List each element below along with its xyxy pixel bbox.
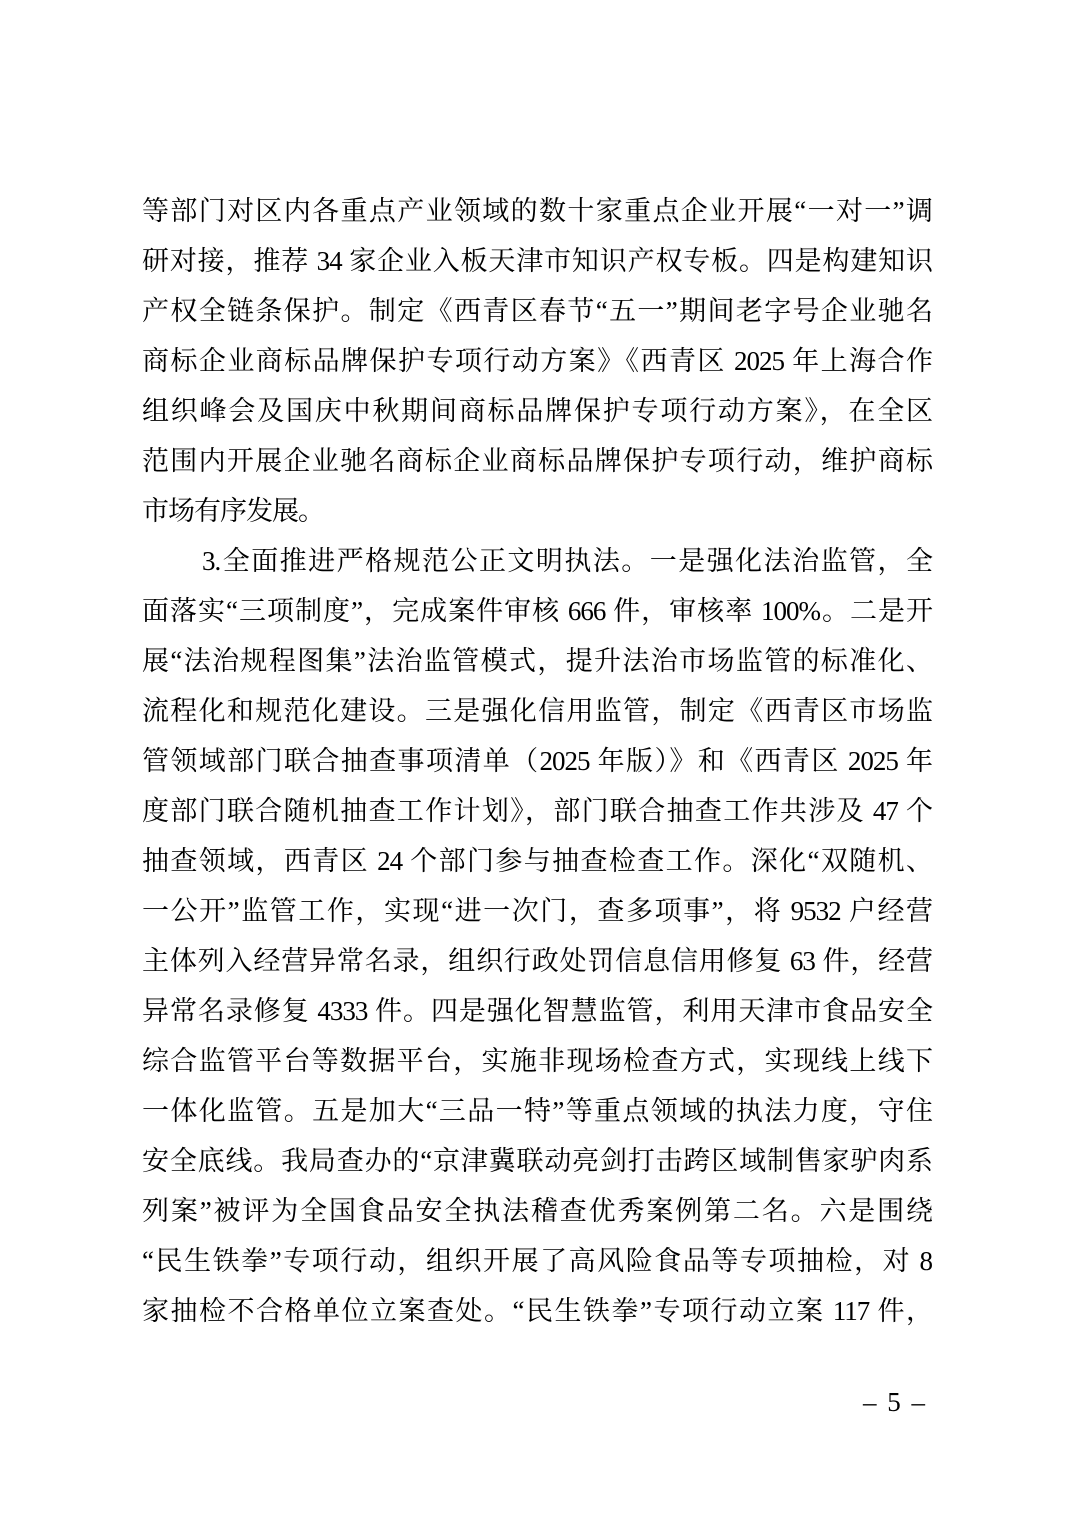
text-line: 等部门对区内各重点产业领域的数十家重点企业开展“一对一”调 (142, 186, 932, 236)
page-number-text: – 5 – (863, 1387, 927, 1417)
paragraph-2: 3.全面推进严格规范公正文明执法。一是强化法治监管，全 面落实“三项制度”，完成… (142, 536, 932, 1336)
text-line: 范围内开展企业驰名商标企业商标品牌保护专项行动，维护商标 (142, 436, 932, 486)
text-line: 研对接，推荐 34 家企业入板天津市知识产权专板。四是构建知识 (142, 236, 932, 286)
text-line: 市场有序发展。 (142, 486, 932, 536)
text-line: 安全底线。我局查办的“京津冀联动亮剑打击跨区域制售家驴肉系 (142, 1136, 932, 1186)
document-body: 等部门对区内各重点产业领域的数十家重点企业开展“一对一”调 研对接，推荐 34 … (142, 186, 932, 1336)
text-line: 流程化和规范化建设。三是强化信用监管，制定《西青区市场监 (142, 686, 932, 736)
text-line: 商标企业商标品牌保护专项行动方案》《西青区 2025 年上海合作 (142, 336, 932, 386)
text-line: “民生铁拳”专项行动，组织开展了高风险食品等专项抽检，对 8 (142, 1236, 932, 1286)
text-line: 一公开”监管工作，实现“进一次门，查多项事”，将 9532 户经营 (142, 886, 932, 936)
text-line: 面落实“三项制度”，完成案件审核 666 件，审核率 100%。二是开 (142, 586, 932, 636)
paragraph-1: 等部门对区内各重点产业领域的数十家重点企业开展“一对一”调 研对接，推荐 34 … (142, 186, 932, 536)
text-line: 3.全面推进严格规范公正文明执法。一是强化法治监管，全 (142, 536, 932, 586)
text-line: 家抽检不合格单位立案查处。“民生铁拳”专项行动立案 117 件， (142, 1286, 932, 1336)
text-line: 展“法治规程图集”法治监管模式，提升法治市场监管的标准化、 (142, 636, 932, 686)
text-line: 列案”被评为全国食品安全执法稽查优秀案例第二名。六是围绕 (142, 1186, 932, 1236)
text-line: 度部门联合随机抽查工作计划》，部门联合抽查工作共涉及 47 个 (142, 786, 932, 836)
text-line: 异常名录修复 4333 件。四是强化智慧监管，利用天津市食品安全 (142, 986, 932, 1036)
text-line: 一体化监管。五是加大“三品一特”等重点领域的执法力度，守住 (142, 1086, 932, 1136)
text-line: 综合监管平台等数据平台，实施非现场检查方式，实现线上线下 (142, 1036, 932, 1086)
text-line: 管领域部门联合抽查事项清单（2025 年版）》和《西青区 2025 年 (142, 736, 932, 786)
page-number: – 5 – (863, 1384, 927, 1420)
text-line: 抽查领域，西青区 24 个部门参与抽查检查工作。深化“双随机、 (142, 836, 932, 886)
text-line: 产权全链条保护。制定《西青区春节“五一”期间老字号企业驰名 (142, 286, 932, 336)
document-page: 等部门对区内各重点产业领域的数十家重点企业开展“一对一”调 研对接，推荐 34 … (0, 0, 1074, 1520)
text-line: 主体列入经营异常名录，组织行政处罚信息信用修复 63 件，经营 (142, 936, 932, 986)
text-line: 组织峰会及国庆中秋期间商标品牌保护专项行动方案》，在全区 (142, 386, 932, 436)
